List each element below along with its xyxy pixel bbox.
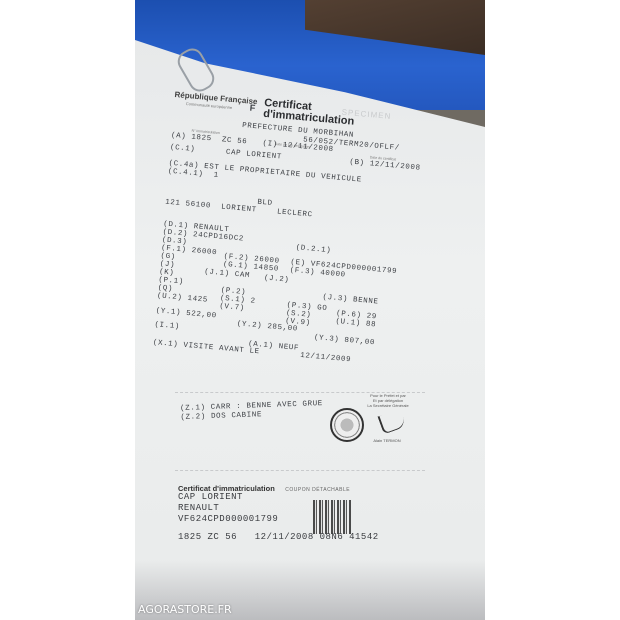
coupon-vin: VF624CPD000001799: [178, 514, 278, 525]
datamatrix-code-icon: [313, 500, 351, 534]
coupon-owner: CAP LORIENT: [178, 492, 278, 503]
signer-name: Alain TERMON: [367, 438, 407, 443]
separator-coupon: [175, 470, 425, 471]
signature-line-3: La Secrétaire Générale: [363, 403, 413, 408]
separator-top: [175, 392, 425, 393]
country-code: F: [249, 103, 255, 113]
signature-text: Pour le Préfet et par Et par délégation …: [363, 393, 413, 408]
coupon-body: CAP LORIENT RENAULT VF624CPD000001799: [178, 492, 278, 525]
document-photo: République Française Communauté européen…: [135, 0, 485, 620]
coupon-footer: 1825 ZC 56 12/11/2008 08N6 41542: [178, 532, 379, 543]
coupon-make: RENAULT: [178, 503, 278, 514]
site-watermark: AGORASTORE.FR: [138, 603, 232, 616]
coupon-subtitle: COUPON DÉTACHABLE: [285, 487, 350, 493]
prefecture-seal-icon: [330, 408, 364, 442]
